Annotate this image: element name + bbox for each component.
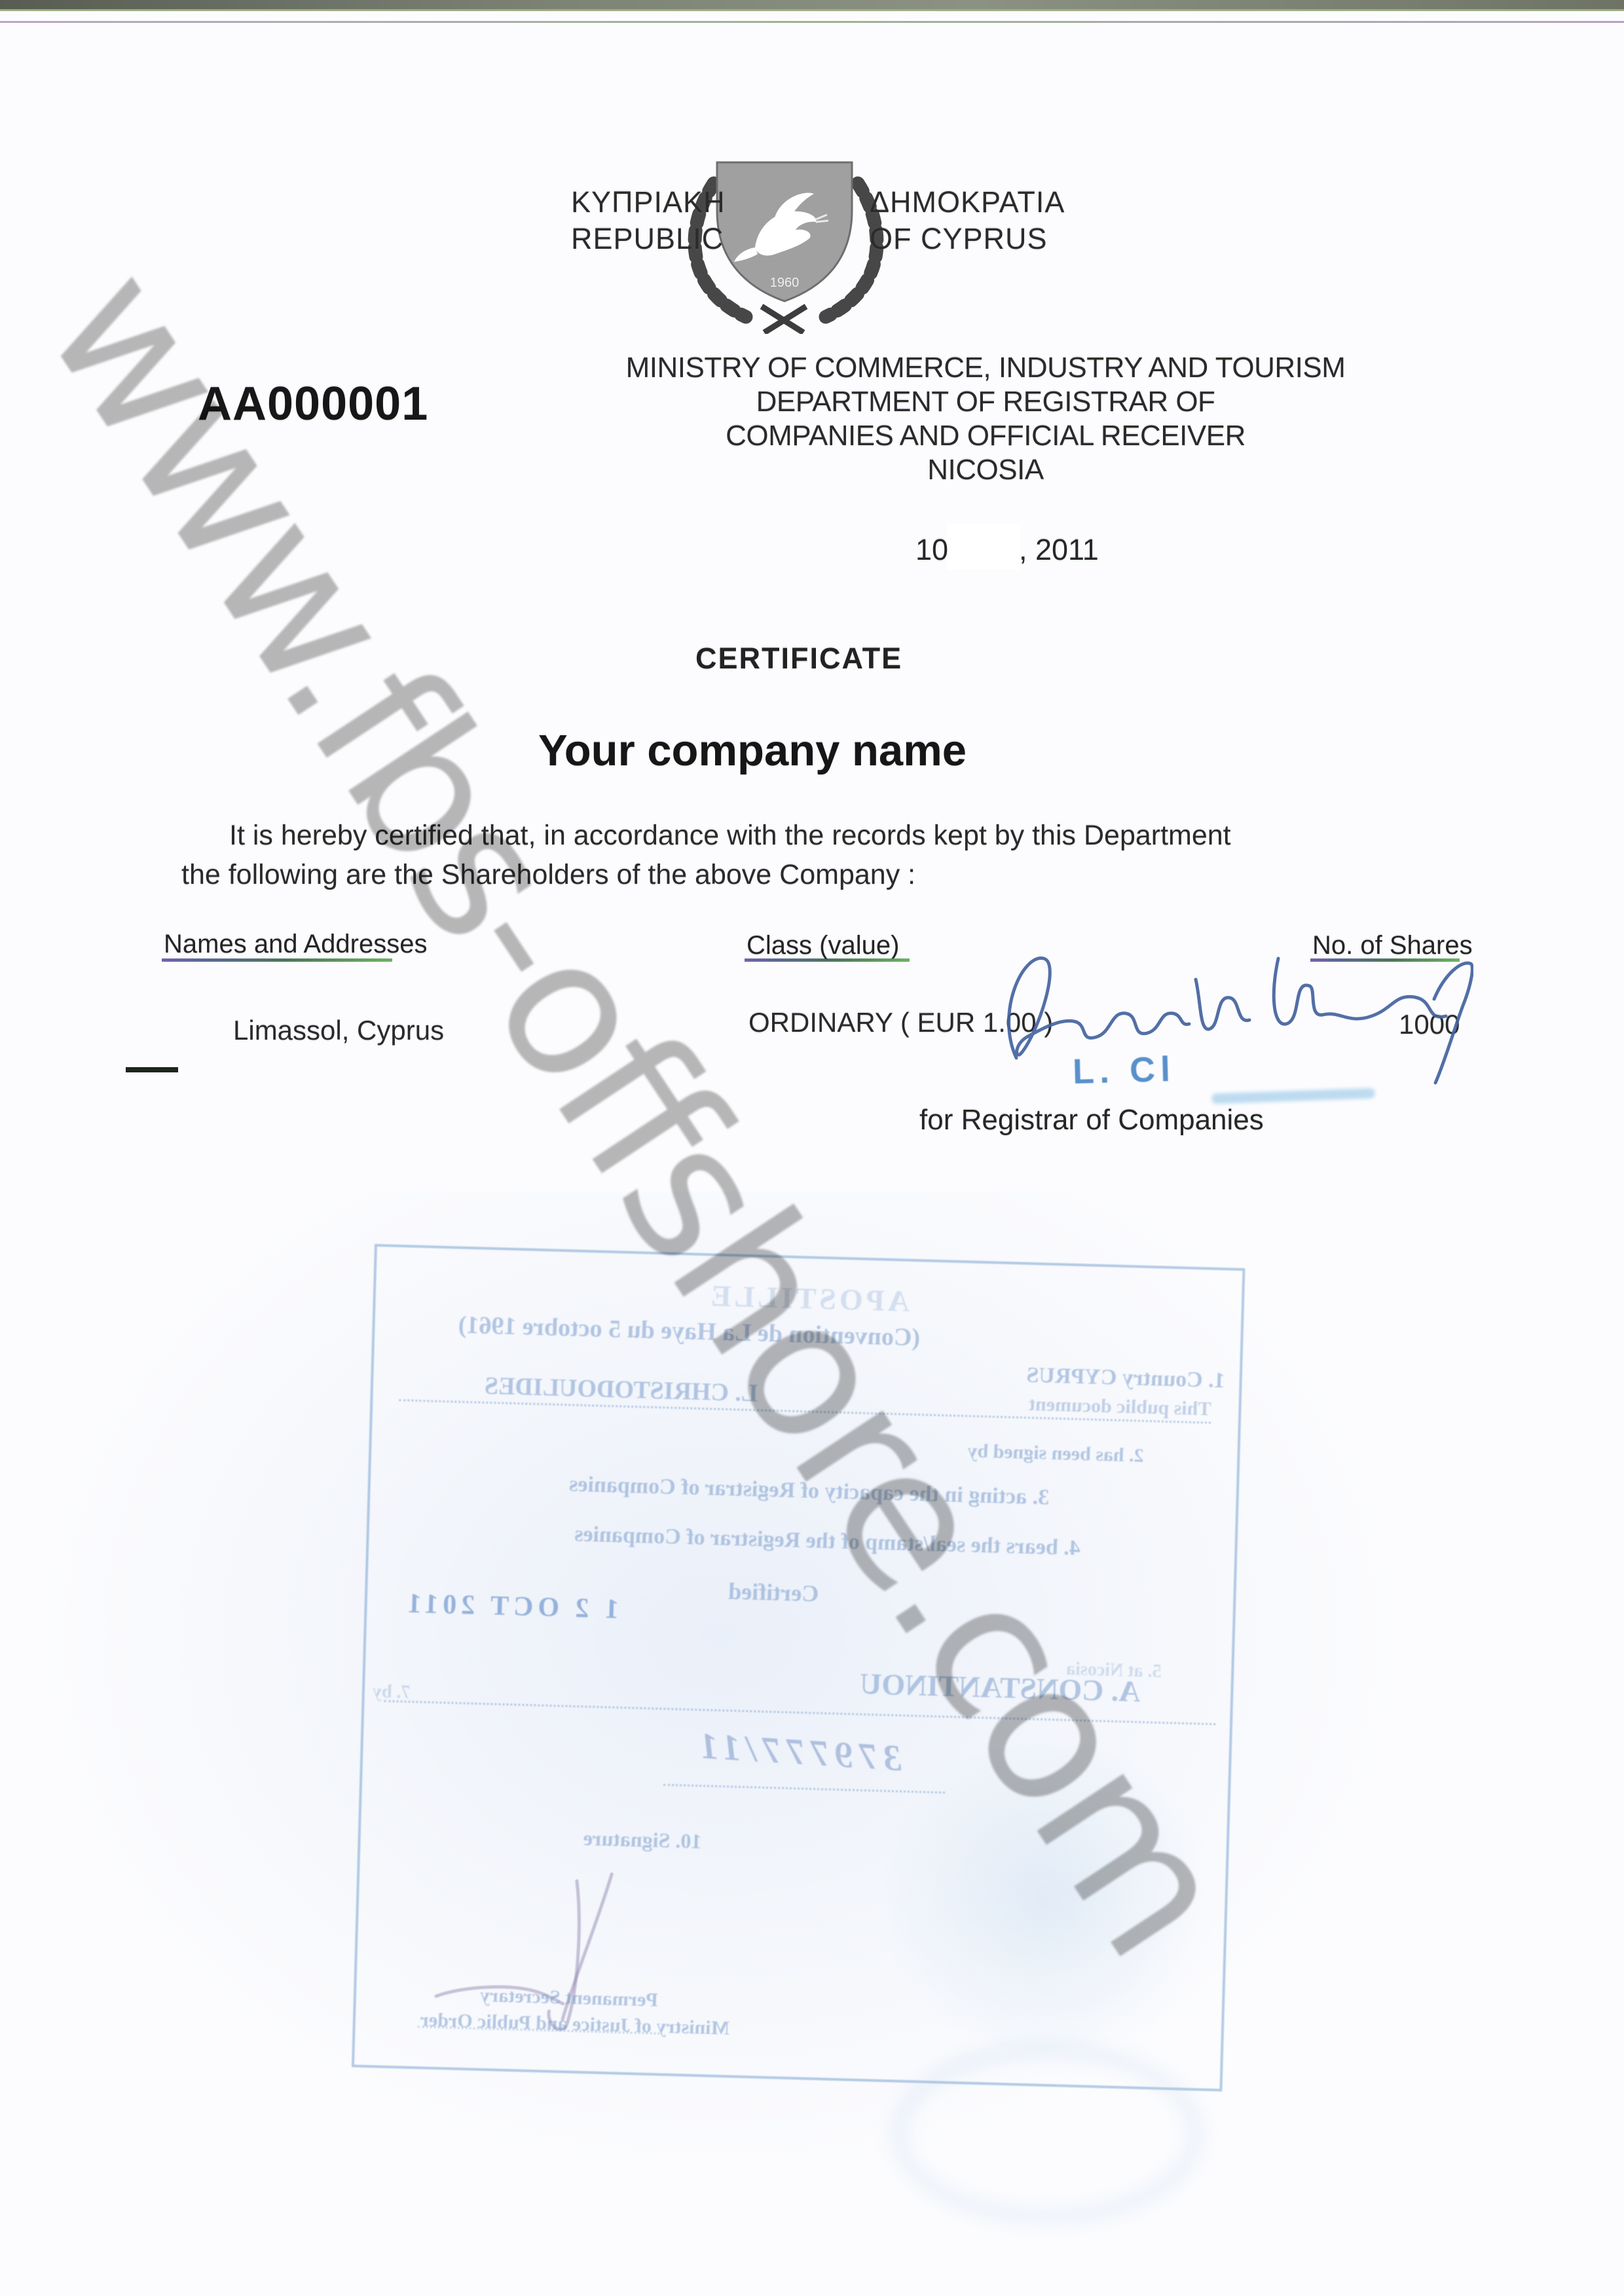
apostille-date-stamp: 1 2 OCT 2011 (403, 1588, 619, 1625)
republic-title-greek: ΔΗΜΟΚΡΑΤΙΑ (870, 184, 1065, 221)
registrar-name-stamp: L. Cl (1072, 1049, 1176, 1092)
apostille-signature-label: 10. Signature (583, 1826, 702, 1853)
republic-title-left: ΚΥΠΡΙΑΚΗ REPUBLIC (571, 184, 726, 257)
ministry-line: COMPANIES AND OFFICIAL RECEIVER (576, 419, 1395, 453)
dotted-line (663, 1784, 945, 1794)
apostille-number: 379777/11 (693, 1724, 903, 1779)
column-header-class: Class (value) (747, 931, 899, 960)
ink-smudge-arc (891, 2043, 1204, 2225)
scan-edge-line (0, 21, 1624, 23)
certificate-title: CERTIFICATE (695, 642, 902, 676)
date-day: 10 (915, 533, 948, 567)
ministry-line: NICOSIA (576, 453, 1395, 487)
emblem-year: 1960 (770, 276, 800, 290)
erased-month-patch (947, 524, 1020, 570)
registrar-caption: for Registrar of Companies (919, 1104, 1264, 1137)
ministry-line: DEPARTMENT OF REGISTRAR OF (576, 385, 1395, 419)
republic-title-right: ΔΗΜΟΚΡΑΤΙΑ OF CYPRUS (870, 184, 1065, 257)
registrar-signature (976, 934, 1473, 1097)
date-year: , 2011 (1019, 533, 1099, 567)
republic-title-greek: ΚΥΠΡΙΑΚΗ (571, 184, 726, 221)
ministry-heading: MINISTRY OF COMMERCE, INDUSTRY AND TOURI… (576, 351, 1395, 487)
republic-title-english: OF CYPRUS (870, 221, 1065, 257)
margin-dash (126, 1067, 178, 1072)
scanned-certificate-page: 1960 ΚΥΠΡΙΑΚΗ REPUBLIC ΔΗΜΟΚΡΑΤΙΑ OF CYP… (0, 0, 1624, 2296)
republic-title-english: REPUBLIC (571, 221, 726, 257)
company-name: Your company name (538, 725, 967, 776)
column-header-names: Names and Addresses (164, 930, 427, 959)
apostille-country-line: 1. Country CYPRUS (950, 1361, 1225, 1394)
header-underline (745, 958, 910, 962)
scan-edge-bar (0, 0, 1624, 11)
header-underline (162, 958, 392, 962)
ministry-line: MINISTRY OF COMMERCE, INDUSTRY AND TOURI… (576, 351, 1395, 385)
shareholder-address: Limassol, Cyprus (233, 1015, 444, 1046)
apostille-by-line: 7. by (372, 1681, 410, 1704)
